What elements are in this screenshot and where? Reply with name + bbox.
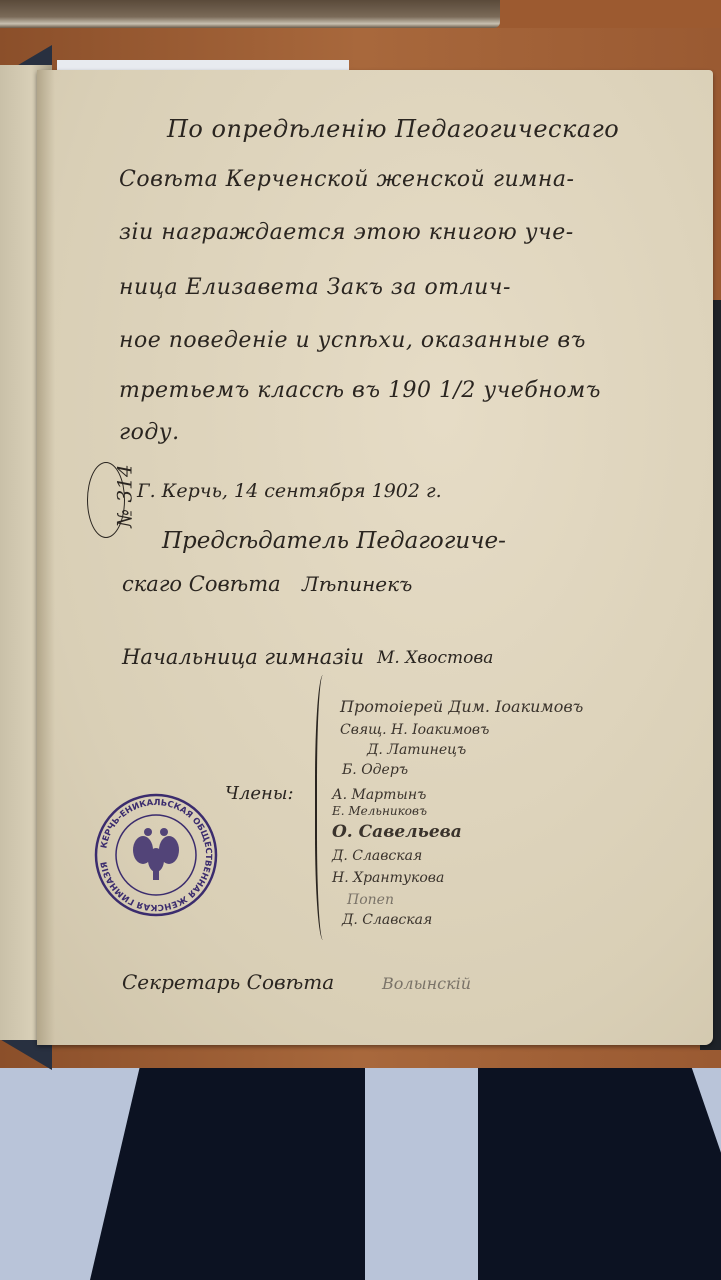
chairman-title-line2: скаго Совѣта <box>122 572 281 596</box>
body-line-4: ница Елизавета Закъ за отлич- <box>119 275 511 300</box>
registry-number: № 314 <box>113 464 137 527</box>
inscription-page: По опредѣленію Педагогическаго Совѣта Ке… <box>37 70 713 1045</box>
secretary-signature: Волынскій <box>382 974 471 993</box>
chairman-signature: Лѣпинекъ <box>302 572 412 596</box>
headmistress-title: Начальница гимназіи <box>122 645 364 669</box>
eagle-emblem-icon <box>133 828 179 880</box>
body-line-1: По опредѣленію Педагогическаго <box>167 115 619 143</box>
shadow-right <box>478 1068 721 1280</box>
body-line-7: году. <box>119 420 180 445</box>
body-line-3: зіи награждается этою книгою уче- <box>119 220 574 245</box>
place-date: Г. Керчь, 14 сентября 1902 г. <box>137 480 442 502</box>
member-signature: Н. Хрантукова <box>332 870 444 886</box>
members-label: Члены: <box>225 783 294 804</box>
member-signature: Е. Мельниковъ <box>332 804 427 818</box>
body-line-2: Совѣта Керченской женской гимна- <box>119 167 574 192</box>
member-signature: Свящ. Н. Іоакимовъ <box>340 722 489 738</box>
headmistress-signature: М. Хвостова <box>377 648 493 668</box>
secretary-title: Секретарь Совѣта <box>122 970 334 994</box>
school-seal-stamp: КЕРЧЬ-ЕНИКАЛЬСКАЯ ОБЩЕСТВЕННАЯ ЖЕНСКАЯ Г… <box>93 792 219 918</box>
page-gutter <box>37 70 55 1045</box>
member-signature: Д. Славская <box>342 912 432 928</box>
member-signature: Д. Латинецъ <box>367 742 466 758</box>
member-signature: О. Савельева <box>332 822 462 842</box>
member-signature: Д. Славская <box>332 848 422 864</box>
member-signature: Б. Одеръ <box>342 762 408 778</box>
member-signature: Попеп <box>347 892 394 908</box>
body-line-5: ное поведеніе и успѣхи, оказанные въ <box>119 328 586 353</box>
member-signature: Протоіерей Дим. Іоакимовъ <box>340 697 583 716</box>
chairman-title-line1: Предсѣдатель Педагогиче- <box>162 528 506 554</box>
member-signature: А. Мартынъ <box>332 787 426 803</box>
paper-slip <box>57 60 349 70</box>
body-line-6: третьемъ классѣ въ 190 1/2 учебномъ <box>119 378 601 403</box>
stacked-book <box>0 0 500 28</box>
